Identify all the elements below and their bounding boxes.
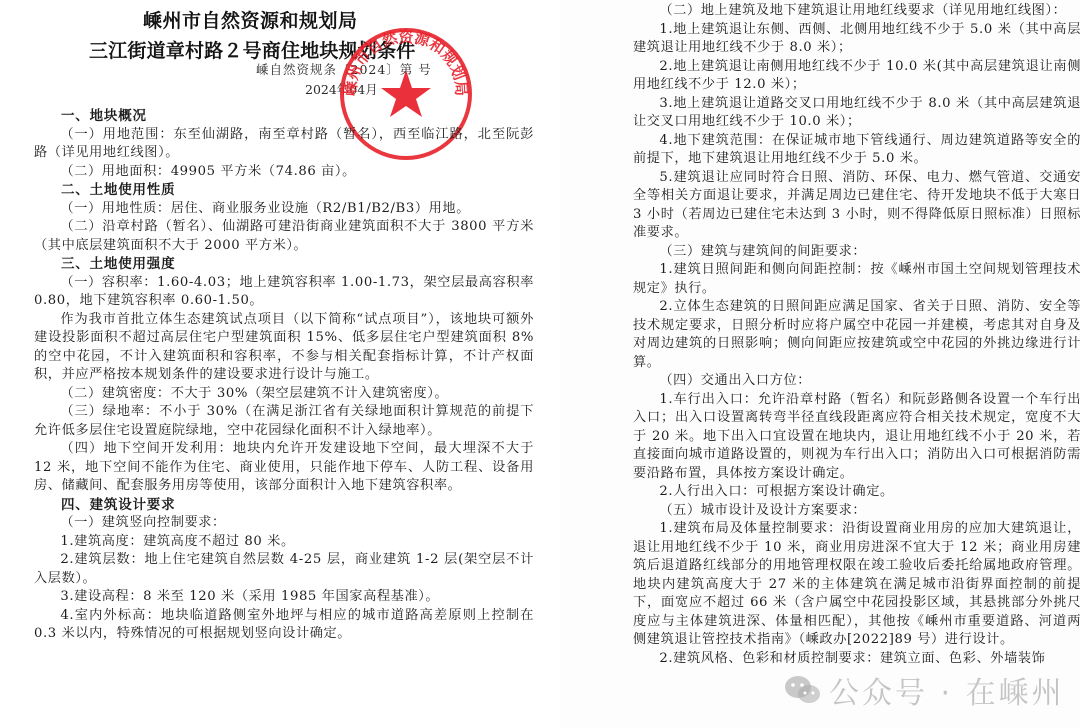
document-number: 嵊自然资规条〔2024〕第 号 (256, 60, 432, 78)
paragraph: 1.建筑日照间距和侧向间距控制：按《嵊州市国土空间规划管理技术规定》执行。 (633, 261, 1080, 298)
section-heading: 一、地块概况 (34, 107, 534, 126)
paragraph: 2.人行出入口：可根据方案设计确定。 (633, 483, 1080, 502)
paragraph: （三）绿地率：不小于 30%（在满足浙江省有关绿地面积计算规范的前提下允许低多层… (34, 403, 534, 440)
watermark: 公众号 · 在嵊州 (783, 668, 1065, 712)
wechat-icon (783, 674, 823, 706)
paragraph: 2.地上建筑退让南侧用地红线不少于 10.0 米(其中高层建筑退让南侧用地红线不… (633, 58, 1080, 95)
section-heading: 二、土地使用性质 (34, 181, 534, 200)
paragraph: （四）交通出入口方位： (633, 372, 1080, 391)
paragraph: （五）城市设计及设计方案要求： (633, 502, 1080, 521)
paragraph: 1.地上建筑退让东侧、西侧、北侧用地红线不少于 5.0 米（其中高层建筑退让用地… (633, 21, 1080, 58)
left-page-body: 一、地块概况（一）用地范围：东至仙湖路，南至章村路（暂名），西至临江路，北至阮彭… (34, 107, 534, 644)
paragraph: 2.立体生态建筑的日照间距应满足国家、省关于日照、消防、安全等技术规定要求，日照… (633, 298, 1080, 372)
paragraph: （一）容积率：1.60-4.03；地上建筑容积率 1.00-1.73，架空层最高… (34, 274, 534, 311)
paragraph: 1.车行出入口：允许沿章村路（暂名）和阮彭路侧各设置一个车行出入口；出入口设置离… (633, 391, 1080, 484)
paragraph: （四）地下空间开发利用：地块内允许开发建设地下空间，最大埋深不大于 12 米，地… (34, 440, 534, 496)
paragraph: 2.建筑风格、色彩和材质控制要求：建筑立面、色彩、外墙装饰 (633, 650, 1080, 669)
paragraph: 3.建设高程：8 米至 120 米（采用 1985 年国家高程基准）。 (34, 588, 534, 607)
paragraph: 4.地下建筑范围：在保证城市地下管线通行、周边建筑道路等安全的前提下，地下建筑退… (633, 132, 1080, 169)
paragraph: 作为我市首批立体生态建筑试点项目（以下简称“试点项目”），该地块可额外建设投影面… (34, 311, 534, 385)
paragraph: （二）沿章村路（暂名）、仙湖路可建沿街商业建筑面积不大于 3800 平方米（其中… (34, 218, 534, 255)
paragraph: （二）用地面积：49905 平方米（74.86 亩）。 (34, 163, 534, 182)
watermark-text: 公众号 · 在嵊州 (829, 668, 1065, 712)
right-page-body: （二）地上建筑及地下建筑退让用地红线要求（详见用地红线图）：1.地上建筑退让东侧… (633, 2, 1080, 668)
paragraph: （一）建筑竖向控制要求： (34, 514, 534, 533)
paragraph: （二）建筑密度：不大于 30%（架空层建筑不计入建筑密度）。 (34, 385, 534, 404)
paragraph: （三）建筑与建筑间的间距要求： (633, 243, 1080, 262)
section-heading: 三、土地使用强度 (34, 255, 534, 274)
paragraph: （一）用地性质：居住、商业服务业设施（R2/B1/B2/B3）用地。 (34, 200, 534, 219)
issuing-authority: 嵊州市自然资源和规划局 (143, 6, 358, 33)
paragraph: （二）地上建筑及地下建筑退让用地红线要求（详见用地红线图）： (633, 2, 1080, 21)
paragraph: 5.建筑退让应同时符合日照、消防、环保、电力、燃气管道、交通安全等相关方面退让要… (633, 169, 1080, 243)
paragraph: 2.建筑层数：地上住宅建筑自然层数 4-25 层，商业建筑 1-2 层(架空层不… (34, 551, 534, 588)
section-heading: 四、建筑设计要求 (34, 496, 534, 515)
document-date: 2024年04月 (305, 80, 378, 98)
document-page-left: 嵊州市自然资源和规划局 三江街道章村路２号商住地块规划条件 嵊自然资规条〔202… (0, 0, 560, 728)
paragraph: 4.室内外标高：地块临道路侧室外地坪与相应的城市道路高差原则上控制在 0.3 米… (34, 607, 534, 644)
paragraph: 3.地上建筑退让道路交叉口用地红线不少于 8.0 米（其中高层建筑退让交叉口用地… (633, 95, 1080, 132)
paragraph: （一）用地范围：东至仙湖路，南至章村路（暂名），西至临江路，北至阮彭路（详见用地… (34, 126, 534, 163)
paragraph: 1.建筑布局及体量控制要求：沿街设置商业用房的应加大建筑退让，退让用地红线不少于… (633, 520, 1080, 650)
document-title: 三江街道章村路２号商住地块规划条件 (89, 36, 415, 63)
paragraph: 1.建筑高度：建筑高度不超过 80 米。 (34, 533, 534, 552)
